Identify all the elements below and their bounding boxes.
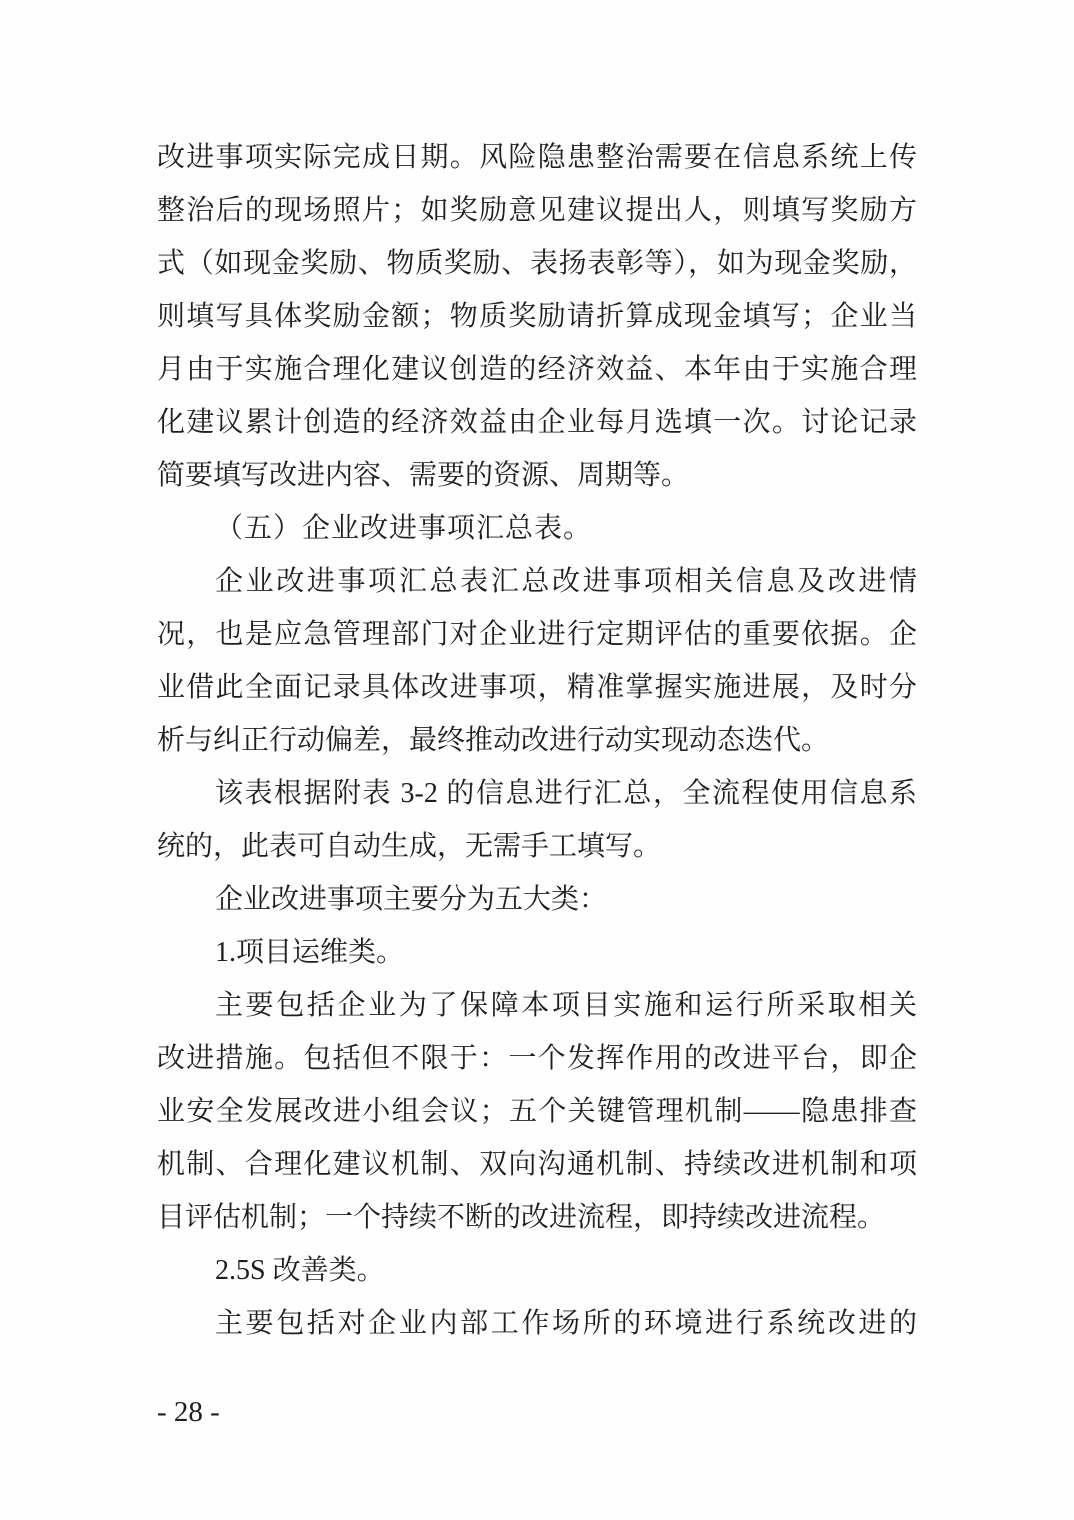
text-line: 主要包括对企业内部工作场所的环境进行系统改进的 [157,1297,917,1350]
text-line: 机制、合理化建议机制、双向沟通机制、持续改进机制和项 [157,1138,917,1191]
text-line: 析与纠正行动偏差，最终推动改进行动实现动态迭代。 [157,714,917,767]
text-line: 式（如现金奖励、物质奖励、表扬表彰等），如为现金奖励， [157,237,917,290]
text-line: 企业改进事项主要分为五大类： [157,873,917,926]
section-heading: （五）企业改进事项汇总表。 [157,502,917,555]
text-line: 业安全发展改进小组会议；五个关键管理机制——隐患排查 [157,1085,917,1138]
text-line: 化建议累计创造的经济效益由企业每月选填一次。讨论记录 [157,396,917,449]
text-line: 简要填写改进内容、需要的资源、周期等。 [157,449,917,502]
text-line: 月由于实施合理化建议创造的经济效益、本年由于实施合理 [157,343,917,396]
text-line: 该表根据附表 3-2 的信息进行汇总，全流程使用信息系 [157,767,917,820]
text-line: 整治后的现场照片；如奖励意见建议提出人，则填写奖励方 [157,184,917,237]
text-line: 况，也是应急管理部门对企业进行定期评估的重要依据。企 [157,608,917,661]
text-line: 统的，此表可自动生成，无需手工填写。 [157,820,917,873]
text-line: 则填写具体奖励金额；物质奖励请折算成现金填写；企业当 [157,290,917,343]
text-line: 主要包括企业为了保障本项目实施和运行所采取相关 [157,979,917,1032]
text-line: 2.5S 改善类。 [157,1244,917,1297]
text-line: 改进措施。包括但不限于：一个发挥作用的改进平台，即企 [157,1032,917,1085]
text-line: 改进事项实际完成日期。风险隐患整治需要在信息系统上传 [157,131,917,184]
text-line: 1.项目运维类。 [157,926,917,979]
text-line: 企业改进事项汇总表汇总改进事项相关信息及改进情 [157,555,917,608]
document-body: 改进事项实际完成日期。风险隐患整治需要在信息系统上传整治后的现场照片；如奖励意见… [157,131,917,1350]
text-line: 目评估机制；一个持续不断的改进流程，即持续改进流程。 [157,1191,917,1244]
page-number: - 28 - [157,1395,220,1429]
document-page: 改进事项实际完成日期。风险隐患整治需要在信息系统上传整治后的现场照片；如奖励意见… [0,0,1074,1520]
text-line: 业借此全面记录具体改进事项，精准掌握实施进展，及时分 [157,661,917,714]
